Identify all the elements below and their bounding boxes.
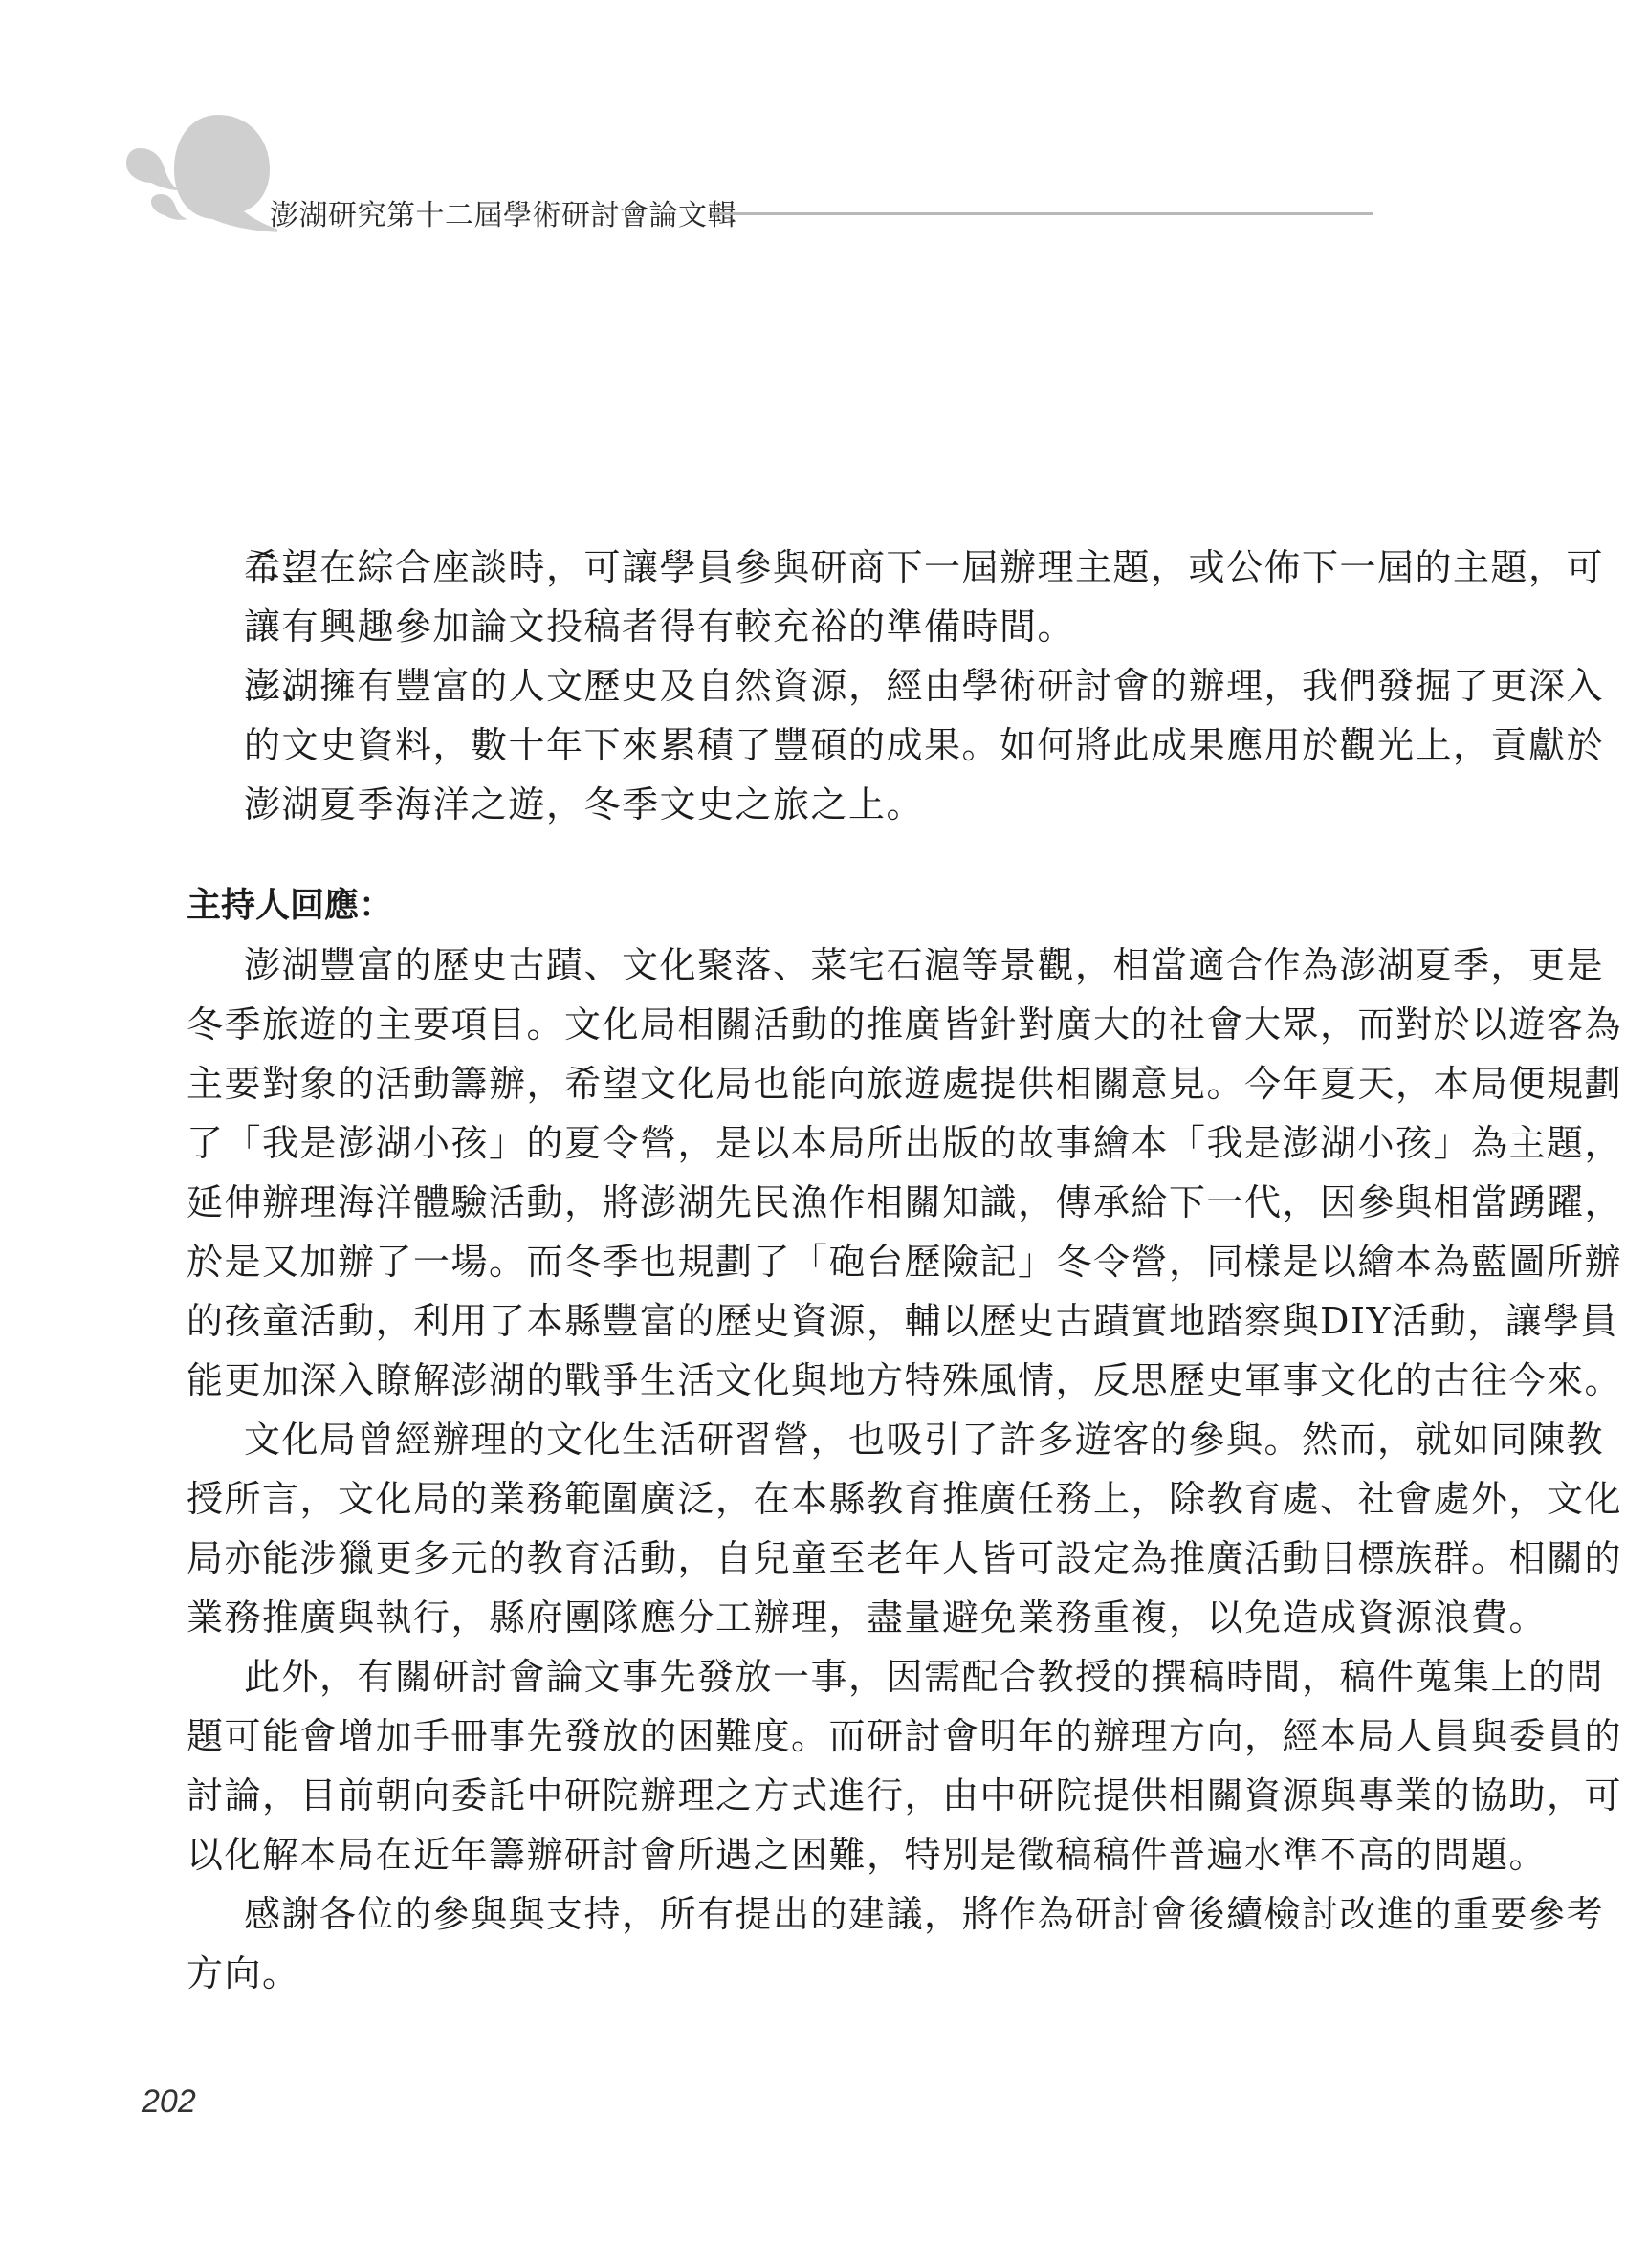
text-line: 局亦能涉獵更多元的教育活動，自兒童至老年人皆可設定為推廣活動目標族群。相關的 [187, 1529, 1382, 1588]
list-number: 三、 [187, 656, 319, 716]
text-line: 的孩童活動，利用了本縣豐富的歷史資源，輔以歷史古蹟實地踏察與DIY活動，讓學員 [187, 1291, 1382, 1351]
text-line: 於是又加辦了一場。而冬季也規劃了「砲台歷險記」冬令營，同樣是以繪本為藍圖所辦 [187, 1232, 1382, 1291]
text-line: 主要對象的活動籌辦，希望文化局也能向旅遊處提供相關意見。今年夏天，本局便規劃 [187, 1054, 1382, 1113]
page-body: 二、 希望在綜合座談時，可讓學員參與研商下一屆辦理主題，或公佈下一屆的主題，可 … [187, 538, 1382, 2003]
text-line: 題可能會增加手冊事先發放的困難度。而研討會明年的辦理方向，經本局人員與委員的 [187, 1707, 1382, 1766]
page-header: 澎湖研究第十二屆學術研討會論文輯 [0, 0, 1626, 249]
text-line: 的文史資料，數十年下來累積了豐碩的成果。如何將此成果應用於觀光上，貢獻於 [187, 716, 1382, 775]
header-divider [713, 212, 1373, 215]
list-item: 三、 澎湖擁有豐富的人文歷史及自然資源，經由學術研討會的辦理，我們發掘了更深入 … [187, 656, 1382, 834]
list-number: 二、 [187, 538, 319, 597]
text-line: 讓有興趣參加論文投稿者得有較充裕的準備時間。 [187, 597, 1382, 656]
text-line: 延伸辦理海洋體驗活動，將澎湖先民漁作相關知識，傳承給下一代，因參與相當踴躍， [187, 1173, 1382, 1232]
text-line: 以化解本局在近年籌辦研討會所遇之困難，特別是徵稿稿件普遍水準不高的問題。 [187, 1825, 1382, 1884]
text-line: 澎湖夏季海洋之遊，冬季文史之旅之上。 [187, 775, 1382, 834]
paragraph: 文化局曾經辦理的文化生活研習營，也吸引了許多遊客的參與。然而，就如同陳教 授所言… [187, 1410, 1382, 1647]
paragraph: 此外，有關研討會論文事先發放一事，因需配合教授的撰稿時間，稿件蒐集上的問 題可能… [187, 1647, 1382, 1884]
text-line: 討論，目前朝向委託中研院辦理之方式進行，由中研院提供相關資源與專業的協助，可 [187, 1766, 1382, 1825]
text-line: 業務推廣與執行，縣府團隊應分工辦理，盡量避免業務重複，以免造成資源浪費。 [187, 1588, 1382, 1647]
text-line: 澎湖擁有豐富的人文歷史及自然資源，經由學術研討會的辦理，我們發掘了更深入 [187, 656, 1382, 716]
text-line: 方向。 [187, 1944, 1382, 2003]
list-item: 二、 希望在綜合座談時，可讓學員參與研商下一屆辦理主題，或公佈下一屆的主題，可 … [187, 538, 1382, 656]
text-line: 冬季旅遊的主要項目。文化局相關活動的推廣皆針對廣大的社會大眾，而對於以遊客為 [187, 995, 1382, 1054]
text-line: 感謝各位的參與與支持，所有提出的建議，將作為研討會後續檢討改進的重要參考 [187, 1884, 1382, 1944]
paragraph: 感謝各位的參與與支持，所有提出的建議，將作為研討會後續檢討改進的重要參考 方向。 [187, 1884, 1382, 2003]
text-line: 文化局曾經辦理的文化生活研習營，也吸引了許多遊客的參與。然而，就如同陳教 [187, 1410, 1382, 1469]
page-number: 202 [142, 2083, 196, 2121]
text-line: 此外，有關研討會論文事先發放一事，因需配合教授的撰稿時間，稿件蒐集上的問 [187, 1647, 1382, 1707]
text-line: 澎湖豐富的歷史古蹟、文化聚落、菜宅石滬等景觀，相當適合作為澎湖夏季，更是 [187, 936, 1382, 995]
text-line: 能更加深入瞭解澎湖的戰爭生活文化與地方特殊風情，反思歷史軍事文化的古往今來。 [187, 1351, 1382, 1410]
text-line: 希望在綜合座談時，可讓學員參與研商下一屆辦理主題，或公佈下一屆的主題，可 [187, 538, 1382, 597]
text-line: 授所言，文化局的業務範圍廣泛，在本縣教育推廣任務上，除教育處、社會處外，文化 [187, 1469, 1382, 1529]
text-line: 了「我是澎湖小孩」的夏令營，是以本局所出版的故事繪本「我是澎湖小孩」為主題， [187, 1113, 1382, 1173]
running-title: 澎湖研究第十二屆學術研討會論文輯 [270, 191, 736, 233]
speech-bubble-logo-icon [105, 110, 277, 234]
paragraph: 澎湖豐富的歷史古蹟、文化聚落、菜宅石滬等景觀，相當適合作為澎湖夏季，更是 冬季旅… [187, 936, 1382, 1410]
section-heading: 主持人回應： [187, 876, 1382, 936]
